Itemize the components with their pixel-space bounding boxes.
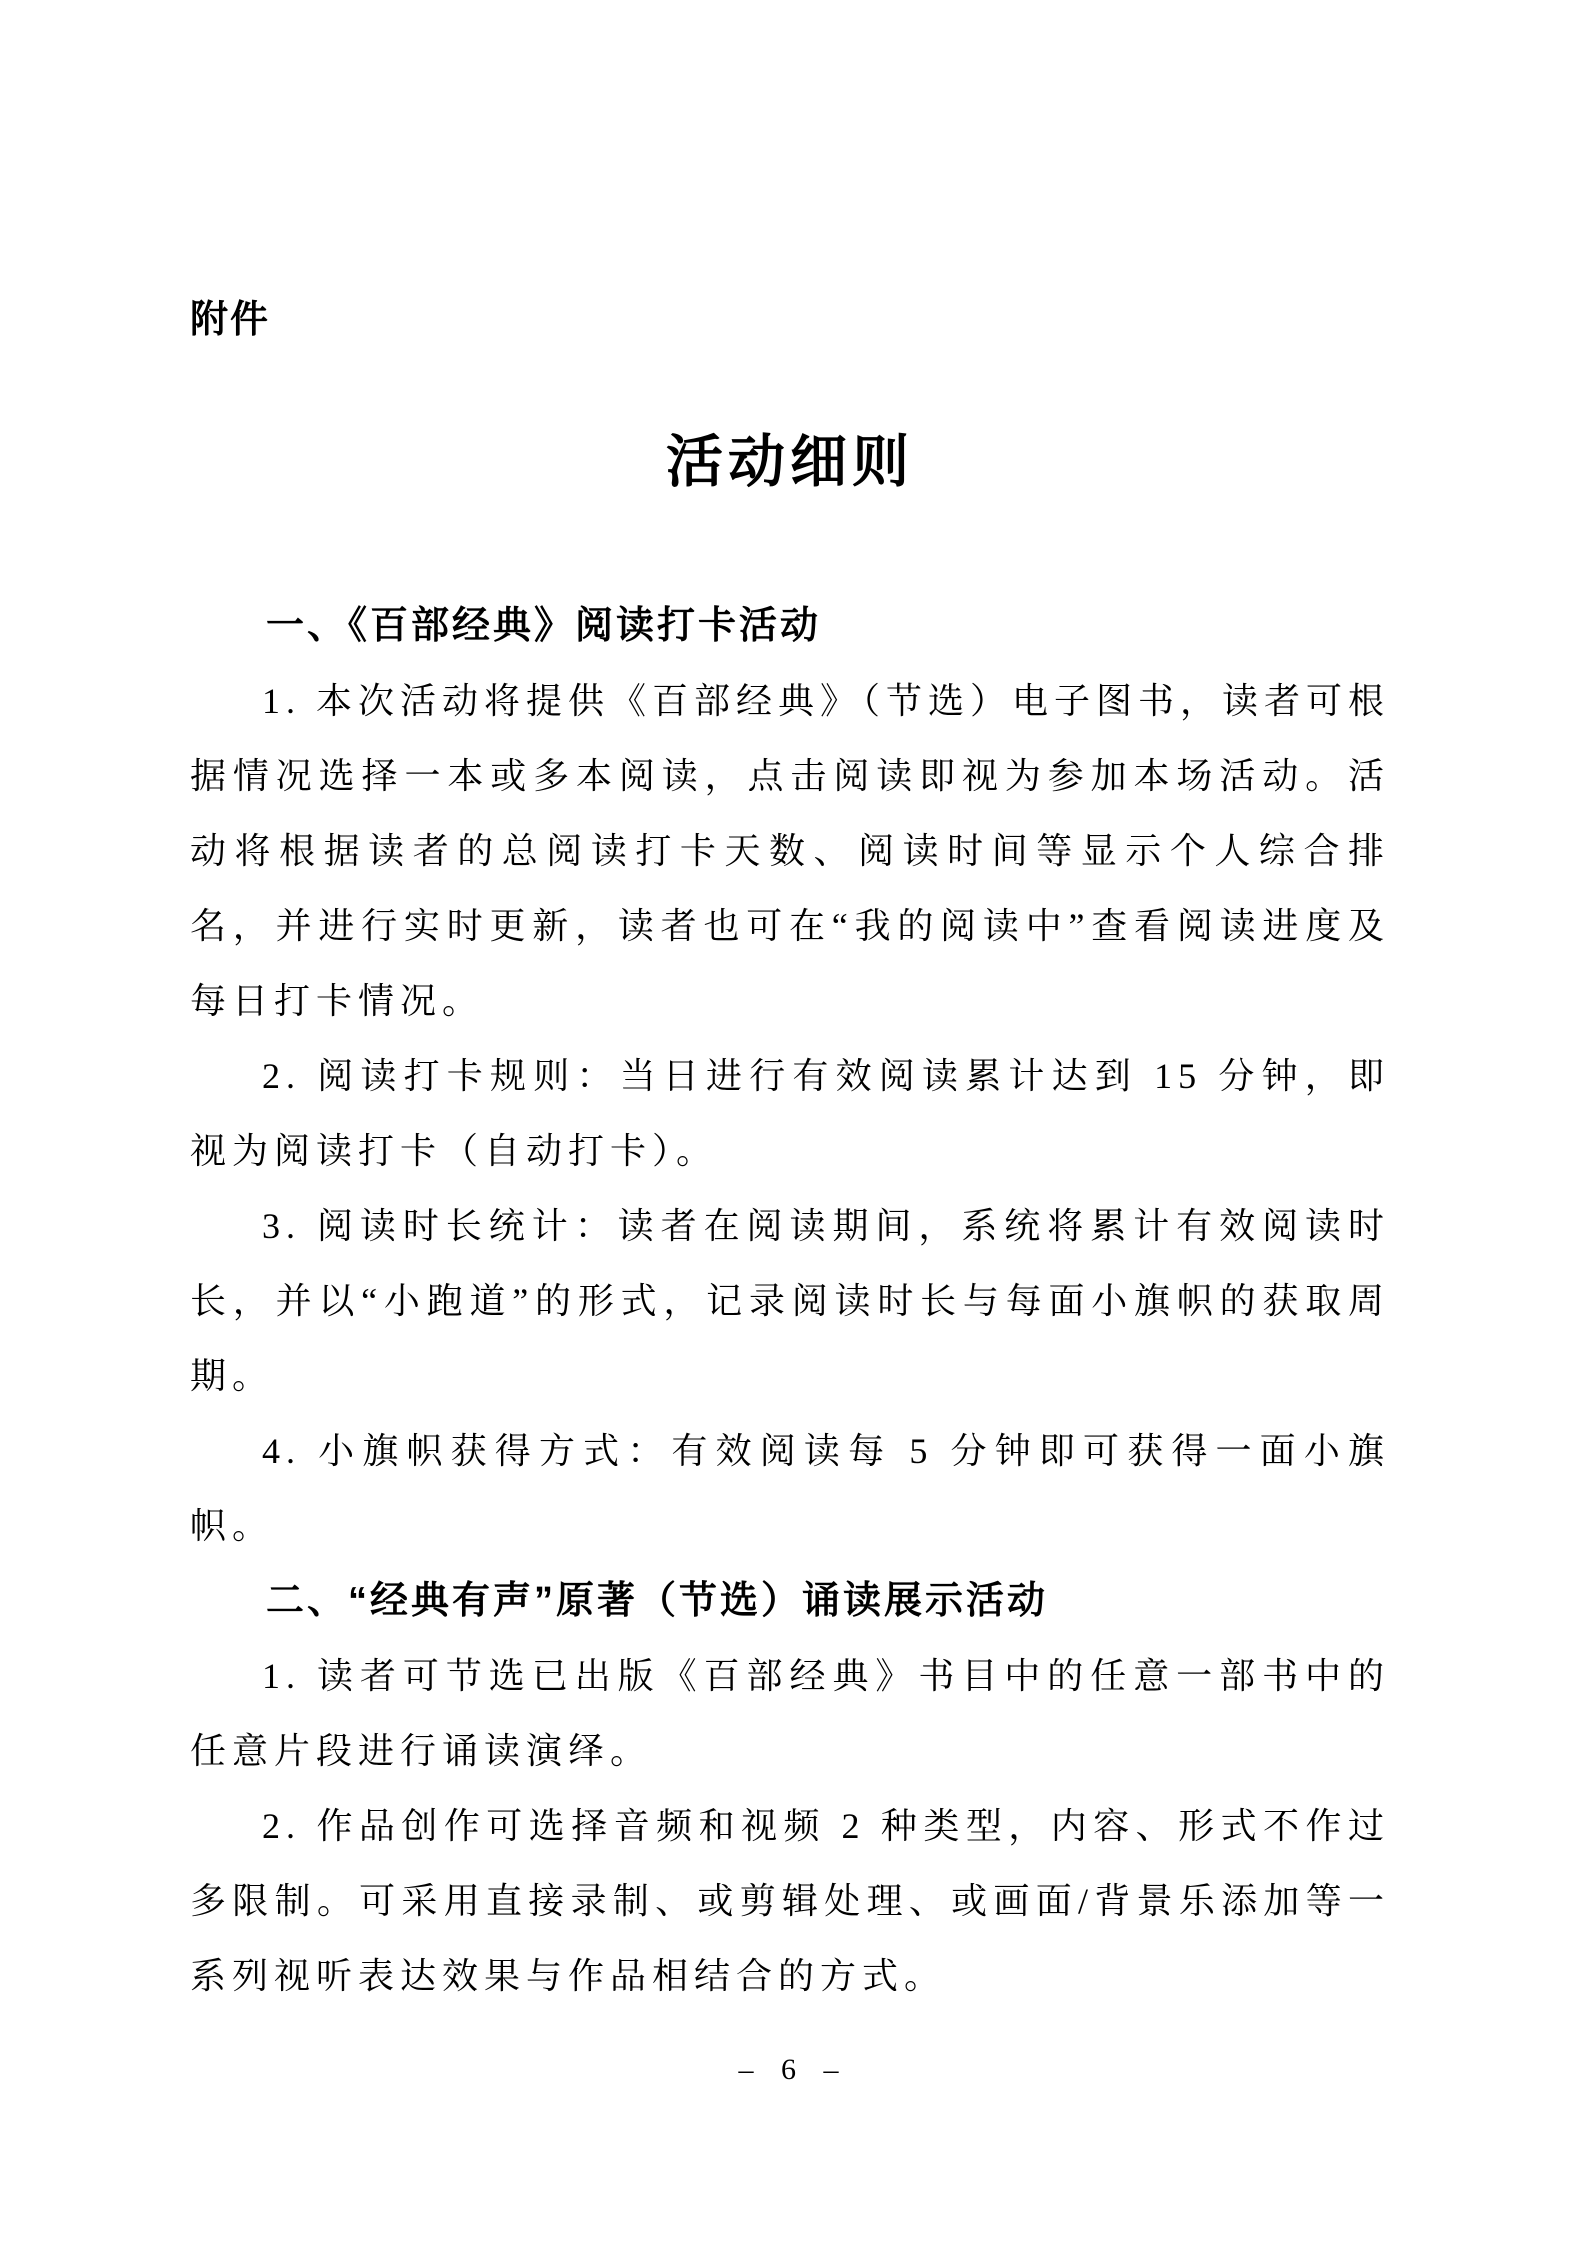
attachment-label: 附件 (190, 297, 1390, 343)
section-1-heading: 一、《百部经典》阅读打卡活动 (190, 589, 1390, 664)
section-2-paragraph-2: 2. 作品创作可选择音频和视频 2 种类型，内容、形式不作过多限制。可采用直接录… (190, 1789, 1390, 2014)
section-2-paragraph-1: 1. 读者可节选已出版《百部经典》书目中的任意一部书中的任意片段进行诵读演绎。 (190, 1639, 1390, 1789)
section-1-paragraph-2: 2. 阅读打卡规则：当日进行有效阅读累计达到 15 分钟，即视为阅读打卡（自动打… (190, 1039, 1390, 1189)
section-1-paragraph-4: 4. 小旗帜获得方式：有效阅读每 5 分钟即可获得一面小旗帜。 (190, 1414, 1390, 1564)
document-title: 活动细则 (190, 427, 1390, 497)
page-number: – 6 – (0, 2053, 1587, 2087)
section-1-paragraph-1: 1. 本次活动将提供《百部经典》（节选）电子图书，读者可根据情况选择一本或多本阅… (190, 664, 1390, 1039)
document-page: 附件 活动细则 一、《百部经典》阅读打卡活动 1. 本次活动将提供《百部经典》（… (0, 0, 1587, 2245)
section-2-heading: 二、“经典有声”原著（节选）诵读展示活动 (190, 1564, 1390, 1639)
section-1-paragraph-3: 3. 阅读时长统计：读者在阅读期间，系统将累计有效阅读时长，并以“小跑道”的形式… (190, 1189, 1390, 1414)
